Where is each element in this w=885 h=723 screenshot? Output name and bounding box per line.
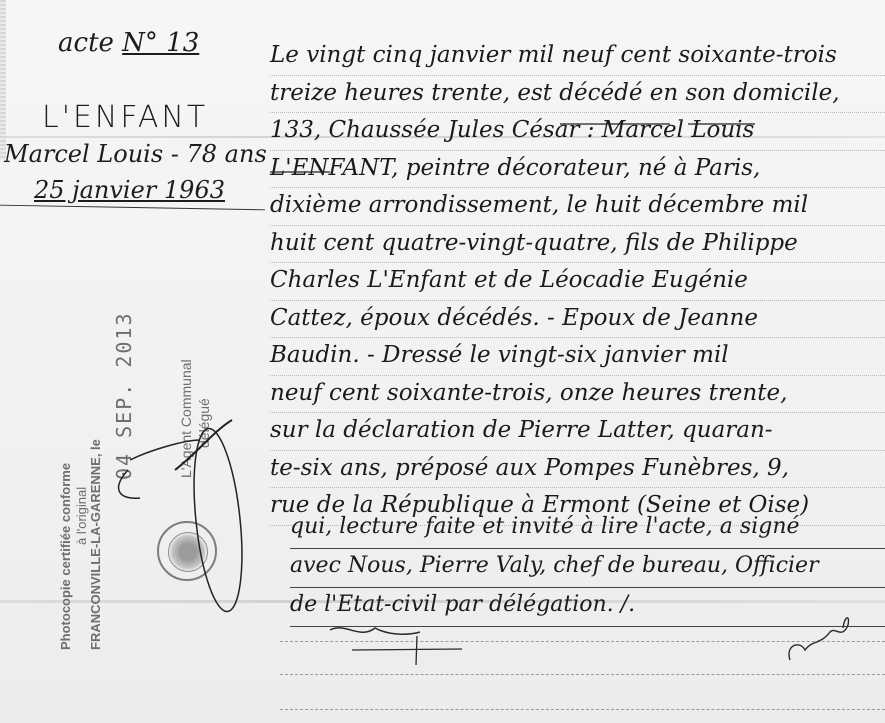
acte-label: acte [58,28,114,58]
cert-line-3: FRANCONVILLE-LA-GARENNE, le [88,439,103,650]
cert-date: 04 SEP. 2013 [112,312,136,481]
margin-date: 25 janvier 1963 [34,176,225,204]
cert-line-2: à l'original [74,487,89,545]
mairie-seal-icon [157,521,217,581]
margin-given-names-age: Marcel Louis - 78 ans [4,140,267,168]
acte-number: acte N° 13 [58,28,199,58]
body-line: dixième arrondissement, le huit décembre… [270,188,885,226]
record-closing: qui, lecture faite et invité à lire l'ac… [290,510,885,627]
blank-line [280,673,885,675]
agent-line-2: délégué [196,398,212,448]
body-line: huit cent quatre-vingt-quatre, fils de P… [270,226,885,264]
agent-line-1: L'Agent Communal [178,359,194,478]
body-line: sur la déclaration de Pierre Latter, qua… [270,413,885,451]
body-line: treize heures trente, est décédé en son … [270,76,885,114]
body-line: Charles L'Enfant et de Léocadie Eugénie [270,263,885,301]
scanned-document-page: acte N° 13 L'ENFANT Marcel Louis - 78 an… [0,0,885,723]
body-line: neuf cent soixante-trois, onze heures tr… [270,376,885,414]
body-line: Le vingt cinq janvier mil neuf cent soix… [270,38,885,76]
closing-line: avec Nous, Pierre Valy, chef de bureau, … [290,549,885,588]
record-body: Le vingt cinq janvier mil neuf cent soix… [270,38,885,526]
blank-line [280,640,885,642]
declarant-signature [330,628,420,634]
closing-line: de l'Etat-civil par délégation. /. [290,588,885,627]
body-line: te-six ans, préposé aux Pompes Funèbres,… [270,451,885,489]
margin-surname: L'ENFANT [42,100,208,135]
body-line: L'ENFANT, peintre décorateur, né à Paris… [270,151,885,189]
agent-signature-loop [187,426,250,614]
closing-line: qui, lecture faite et invité à lire l'ac… [290,510,885,549]
body-line: Baudin. - Dressé le vingt-six janvier mi… [270,338,885,376]
blank-line [280,708,885,710]
acte-number-value: N° 13 [122,28,199,58]
body-line: 133, Chaussée Jules César : Marcel Louis [270,113,885,151]
cert-line-1: Photocopie certifiée conforme [58,345,73,650]
margin-divider [0,205,265,211]
body-line: Cattez, époux décédés. - Epoux de Jeanne [270,301,885,339]
